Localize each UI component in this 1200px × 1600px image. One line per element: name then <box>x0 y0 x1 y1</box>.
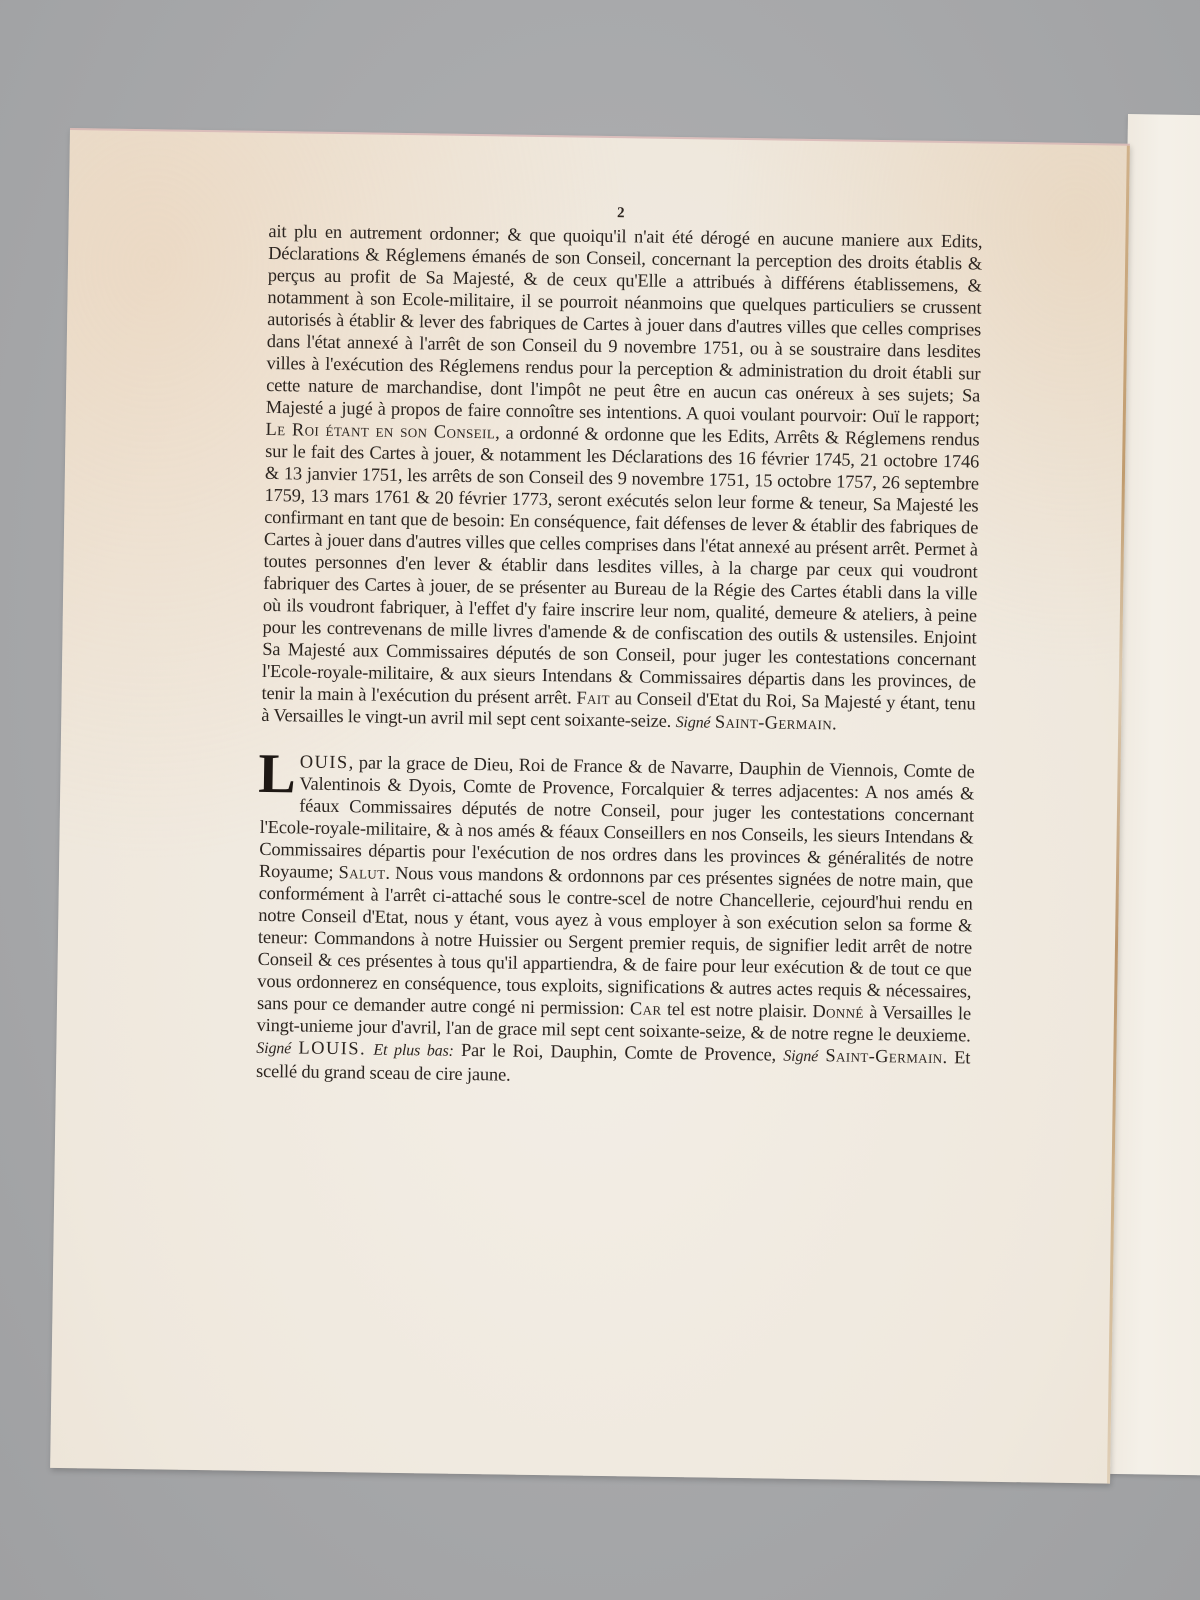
lettres-text-e: Par le Roi, Dauphin, Comte de Provence, <box>454 1040 777 1065</box>
signature-louis: LOUIS. <box>298 1037 366 1058</box>
arret-text-b: , a ordonné & ordonne que les Edits, Arr… <box>261 422 979 707</box>
signature-saint-germain-2: Saint-Germain <box>825 1045 942 1067</box>
car-smallcaps: Car <box>630 998 662 1018</box>
document-page: 2 ait plu en autrement ordonner; & que q… <box>50 128 1130 1484</box>
signed-label-louis: Signé <box>256 1040 291 1058</box>
donne-smallcaps: Donné <box>812 1001 864 1022</box>
et-plus-bas-label: Et plus bas: <box>373 1042 454 1060</box>
signed-label: Signé <box>676 714 711 732</box>
arret-text-a: ait plu en autrement ordonner; & que quo… <box>266 221 983 428</box>
paragraph-lettres-patentes: LOUIS, par la grace de Dieu, Roi de Fran… <box>256 750 975 1093</box>
salut-smallcaps: Salut <box>338 862 385 883</box>
signed-label-saint-germain: Signé <box>783 1048 818 1066</box>
lettres-text-b: . Nous vous mandons & ordonnons par ces … <box>257 863 973 1019</box>
signature-saint-germain: Saint-Germain <box>715 712 832 734</box>
photo-background: 2 ait plu en autrement ordonner; & que q… <box>0 0 1200 1600</box>
lettres-text-c: tel est notre plaisir. <box>661 999 807 1021</box>
arret-smallcaps-roi: Le Roi étant en son Conseil <box>265 419 495 442</box>
drop-cap-letter: L <box>258 750 296 797</box>
arret-smallcaps-fait: Fait <box>576 688 610 708</box>
opening-caps: OUIS <box>300 751 349 772</box>
paragraph-arret: ait plu en autrement ordonner; & que quo… <box>261 220 982 739</box>
arret-end: . <box>832 713 837 733</box>
text-block: 2 ait plu en autrement ordonner; & que q… <box>256 200 983 1092</box>
